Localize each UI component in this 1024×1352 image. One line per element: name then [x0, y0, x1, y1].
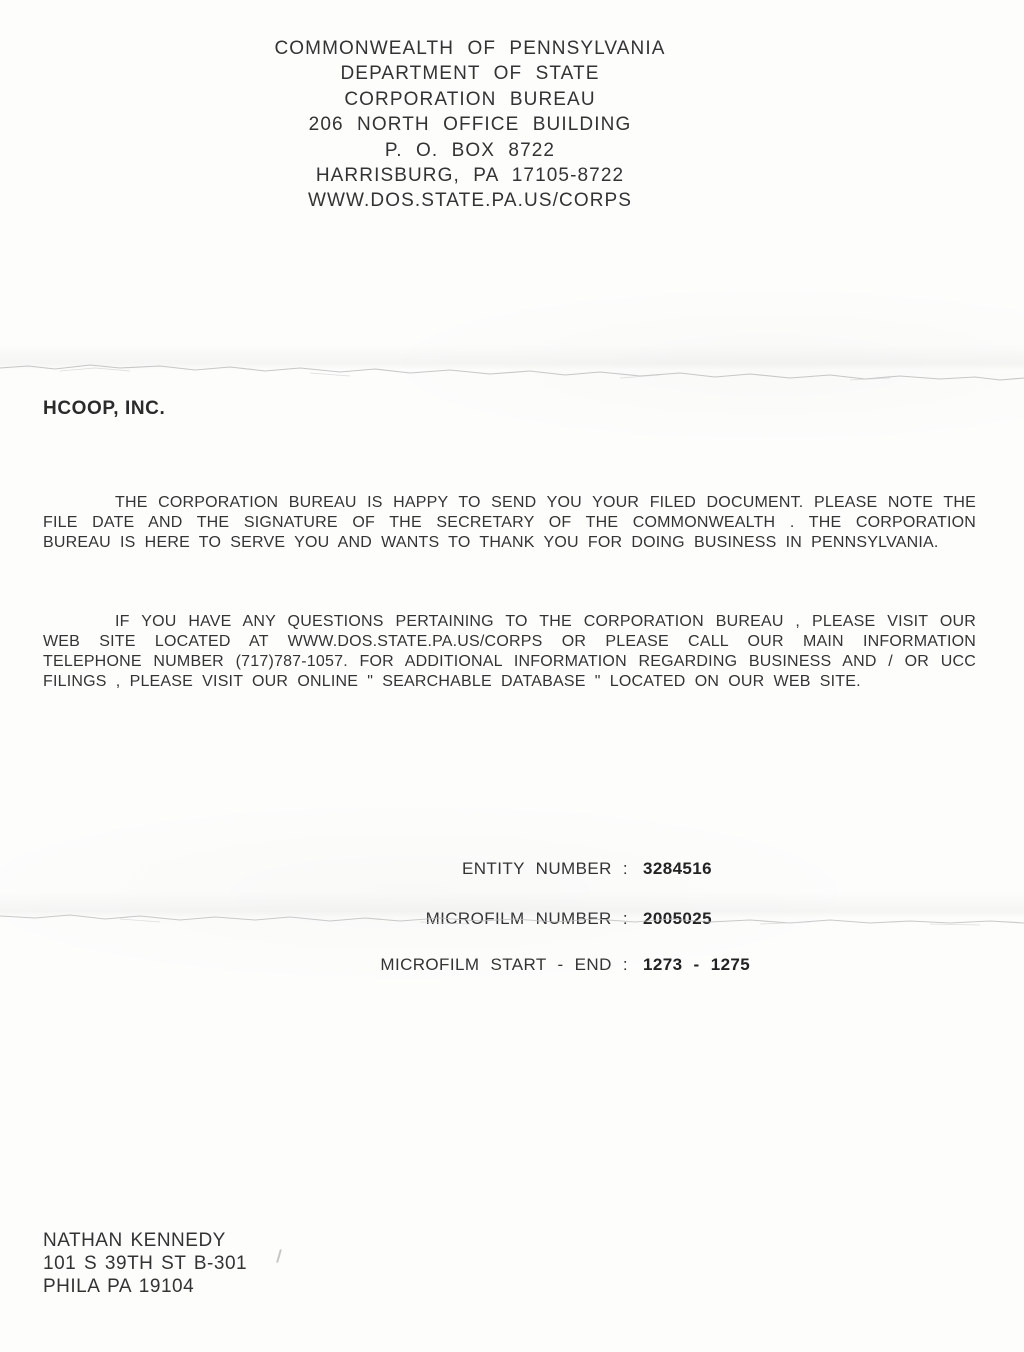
letterhead-line-commonwealth: COMMONWEALTH OF PENNSYLVANIA: [230, 36, 710, 61]
letterhead-line-city: HARRISBURG, PA 17105-8722: [230, 163, 710, 188]
stray-scan-mark: [276, 1249, 282, 1263]
microfilm-range-value: 1273 - 1275: [643, 955, 750, 975]
entity-number-row: ENTITY NUMBER : 3284516: [0, 859, 1024, 879]
letterhead: COMMONWEALTH OF PENNSYLVANIA DEPARTMENT …: [230, 36, 710, 214]
letterhead-line-website: WWW.DOS.STATE.PA.US/CORPS: [230, 188, 710, 213]
paragraph-filed-document: THE CORPORATION BUREAU IS HAPPY TO SEND …: [43, 493, 976, 553]
fold-shadow-top: [0, 344, 1024, 370]
address-street: 101 S 39TH ST B-301: [43, 1252, 247, 1275]
microfilm-number-value: 2005025: [643, 909, 712, 929]
fold-crease-top: [0, 352, 1024, 392]
letterhead-line-bureau: CORPORATION BUREAU: [230, 87, 710, 112]
recipient-name: HCOOP, INC.: [43, 398, 165, 420]
microfilm-number-row: MICROFILM NUMBER : 2005025: [0, 909, 1024, 929]
microfilm-range-label: MICROFILM START - END :: [0, 955, 628, 975]
addressee-name: NATHAN KENNEDY: [43, 1229, 247, 1252]
microfilm-number-label: MICROFILM NUMBER :: [0, 909, 628, 929]
microfilm-range-row: MICROFILM START - END : 1273 - 1275: [0, 955, 1024, 975]
entity-number-value: 3284516: [643, 859, 712, 879]
mailing-address: NATHAN KENNEDY 101 S 39TH ST B-301 PHILA…: [43, 1229, 247, 1298]
scanned-letter-page: COMMONWEALTH OF PENNSYLVANIA DEPARTMENT …: [0, 0, 1024, 1352]
address-city-state-zip: PHILA PA 19104: [43, 1275, 247, 1298]
paragraph-questions: IF YOU HAVE ANY QUESTIONS PERTAINING TO …: [43, 612, 976, 692]
entity-number-label: ENTITY NUMBER :: [0, 859, 628, 879]
letterhead-line-department: DEPARTMENT OF STATE: [230, 61, 710, 86]
letterhead-line-building: 206 NORTH OFFICE BUILDING: [230, 112, 710, 137]
letterhead-line-pobox: P. O. BOX 8722: [230, 138, 710, 163]
